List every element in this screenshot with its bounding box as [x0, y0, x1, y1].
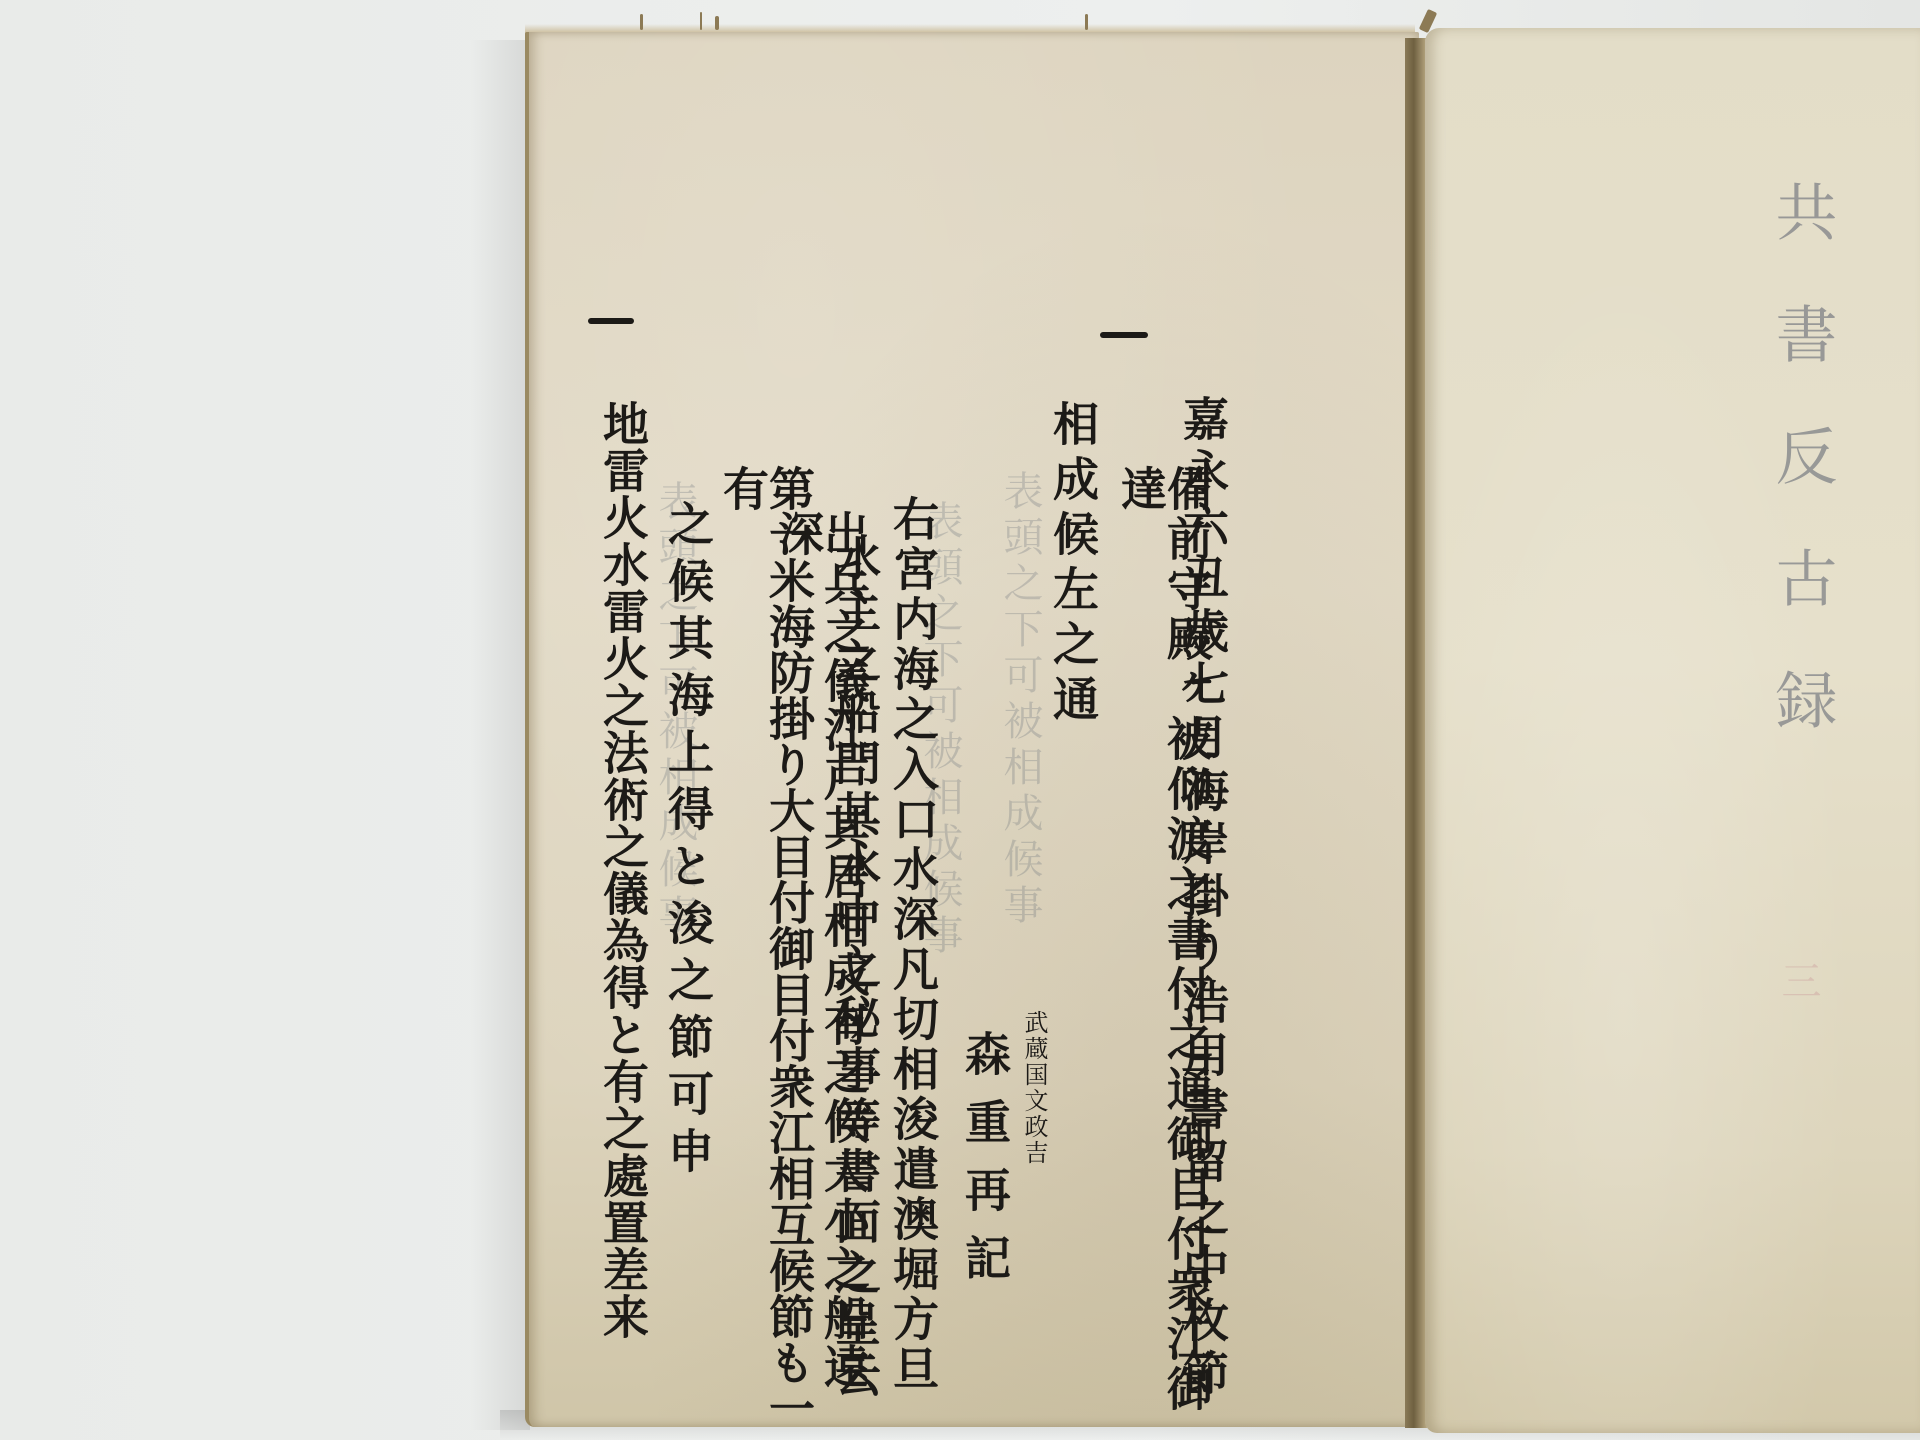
paper-fiber: [1085, 14, 1088, 30]
text-column: 右宮内海之入口水深凡切相浚遣澳堀方旦: [890, 495, 936, 1395]
bleed-through-text: 表頭之下可被相成候事: [1000, 470, 1040, 930]
signature-column: 森重再記: [962, 1030, 1008, 1302]
section-marker: [588, 318, 634, 324]
text-column: 備前守殿ヶ被仰渡之書付之通御目付衆江御達: [1118, 465, 1210, 1440]
text-column: 之候其海上得と浚之節可申: [665, 500, 711, 1184]
annotation-column: 武蔵国文政吉: [1022, 1010, 1046, 1166]
right-page: [1425, 28, 1920, 1433]
faint-red-mark: 三: [1770, 960, 1827, 1000]
section-marker: [1100, 332, 1148, 338]
paper-fiber: [700, 12, 702, 30]
book-spine: [1405, 38, 1427, 1428]
text-column: 第一米海防掛り大目付御目付衆江相互候節も一有: [720, 465, 812, 1440]
text-column: 地雷火水雷火之法術之儀為得と有之處置差来: [600, 400, 646, 1340]
pencil-title: 共書反古録: [1770, 180, 1832, 790]
text-column: 相成候左之通: [1050, 400, 1096, 730]
page-shadow: [470, 40, 530, 1430]
paper-fiber: [715, 16, 719, 30]
paper-fiber: [640, 14, 643, 30]
